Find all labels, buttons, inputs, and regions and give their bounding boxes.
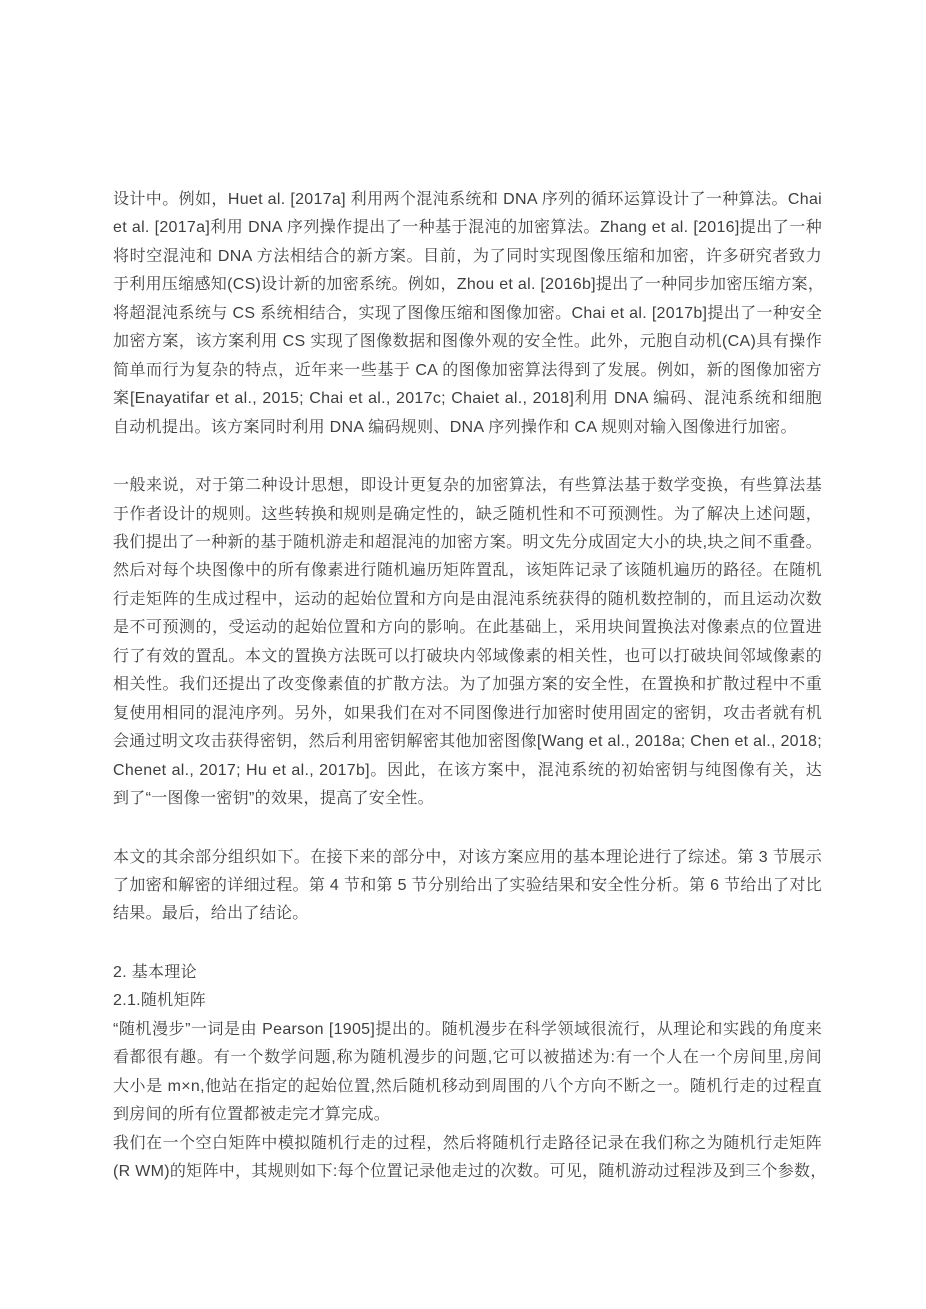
text-line: et al. [2017a]利用 DNA 序列操作提出了一种基于混沌的加密算法。…	[113, 214, 822, 242]
heading-text: 2. 基本理论	[113, 959, 822, 987]
organization-paragraph: 本文的其余部分组织如下。在接下来的部分中，对该方案应用的基本理论进行了综述。第 …	[113, 844, 822, 929]
text-line: 了加密和解密的详细过程。第 4 节和第 5 节分别给出了实验结果和安全性分析。第…	[113, 872, 822, 900]
contribution-paragraph: 一般来说，对于第二种设计思想，即设计更复杂的加密算法，有些算法基于数学变换，有些…	[113, 472, 822, 813]
text-line: 到房间的所有位置都被走完才算完成。	[113, 1101, 822, 1129]
text-line: Chenet al., 2017; Hu et al., 2017b]。因此，在…	[113, 757, 822, 785]
text-line: 我们提出了一种新的基于随机游走和超混沌的加密方案。明文先分成固定大小的块,块之间…	[113, 529, 822, 557]
text-line: 将时空混沌和 DNA 方法相结合的新方案。目前，为了同时实现图像压缩和加密，许多…	[113, 243, 822, 271]
text-line: 于作者设计的规则。这些转换和规则是确定性的，缺乏随机性和不可预测性。为了解决上述…	[113, 501, 822, 529]
text-line: 是不可预测的，受运动的起始位置和方向的影响。在此基础上，采用块间置换法对像素点的…	[113, 614, 822, 642]
text-line: 本文的其余部分组织如下。在接下来的部分中，对该方案应用的基本理论进行了综述。第 …	[113, 844, 822, 872]
heading-text: 2.1.随机矩阵	[113, 987, 822, 1015]
paper-page: 设计中。例如，Huet al. [2017a] 利用两个混沌系统和 DNA 序列…	[0, 0, 926, 1309]
random-walk-matrix-paragraph: 我们在一个空白矩阵中模拟随机行走的过程，然后将随机行走路径记录在我们称之为随机行…	[113, 1130, 822, 1187]
text-line: 一般来说，对于第二种设计思想，即设计更复杂的加密算法，有些算法基于数学变换，有些…	[113, 472, 822, 500]
text-line: 将超混沌系统与 CS 系统相结合，实现了图像压缩和图像加密。Chai et al…	[113, 300, 822, 328]
text-line: 行了有效的置乱。本文的置换方法既可以打破块内邻域像素的相关性，也可以打破块间邻域…	[113, 643, 822, 671]
text-line: 于利用压缩感知(CS)设计新的加密系统。例如，Zhou et al. [2016…	[113, 271, 822, 299]
text-line: 会通过明文攻击获得密钥，然后利用密钥解密其他加密图像[Wang et al., …	[113, 728, 822, 756]
section-heading-basic-theory: 2. 基本理论	[113, 959, 822, 987]
text-line: 大小是 m×n,他站在指定的起始位置,然后随机移动到周围的八个方向不断之一。随机…	[113, 1073, 822, 1101]
text-line: (R WM)的矩阵中，其规则如下:每个位置记录他走过的次数。可见，随机游动过程涉…	[113, 1158, 822, 1186]
text-line: 行走矩阵的生成过程中，运动的起始位置和方向是由混沌系统获得的随机数控制的，而且运…	[113, 586, 822, 614]
text-line: 加密方案，该方案利用 CS 实现了图像数据和图像外观的安全性。此外，元胞自动机(…	[113, 328, 822, 356]
text-line: 自动机提出。该方案同时利用 DNA 编码规则、DNA 序列操作和 CA 规则对输…	[113, 414, 822, 442]
text-line: “随机漫步”一词是由 Pearson [1905]提出的。随机漫步在科学领域很流…	[113, 1016, 822, 1044]
text-line: 到了“一图像一密钥”的效果，提高了安全性。	[113, 785, 822, 813]
random-walk-definition-paragraph: “随机漫步”一词是由 Pearson [1905]提出的。随机漫步在科学领域很流…	[113, 1016, 822, 1130]
text-line: 我们在一个空白矩阵中模拟随机行走的过程，然后将随机行走路径记录在我们称之为随机行…	[113, 1130, 822, 1158]
text-line: 案[Enayatifar et al., 2015; Chai et al., …	[113, 385, 822, 413]
text-line: 结果。最后，给出了结论。	[113, 900, 822, 928]
text-line: 设计中。例如，Huet al. [2017a] 利用两个混沌系统和 DNA 序列…	[113, 186, 822, 214]
text-line: 看都很有趣。有一个数学问题,称为随机漫步的问题,它可以被描述为:有一个人在一个房…	[113, 1044, 822, 1072]
intro-related-work-paragraph: 设计中。例如，Huet al. [2017a] 利用两个混沌系统和 DNA 序列…	[113, 186, 822, 442]
text-line: 相关性。我们还提出了改变像素值的扩散方法。为了加强方案的安全性，在置换和扩散过程…	[113, 671, 822, 699]
subsection-heading-random-matrix: 2.1.随机矩阵	[113, 987, 822, 1015]
text-content: 设计中。例如，Huet al. [2017a] 利用两个混沌系统和 DNA 序列…	[113, 186, 822, 1187]
text-line: 然后对每个块图像中的所有像素进行随机遍历矩阵置乱，该矩阵记录了该随机遍历的路径。…	[113, 557, 822, 585]
text-line: 简单而行为复杂的特点，近年来一些基于 CA 的图像加密算法得到了发展。例如，新的…	[113, 357, 822, 385]
text-line: 复使用相同的混沌序列。另外，如果我们在对不同图像进行加密时使用固定的密钥，攻击者…	[113, 700, 822, 728]
